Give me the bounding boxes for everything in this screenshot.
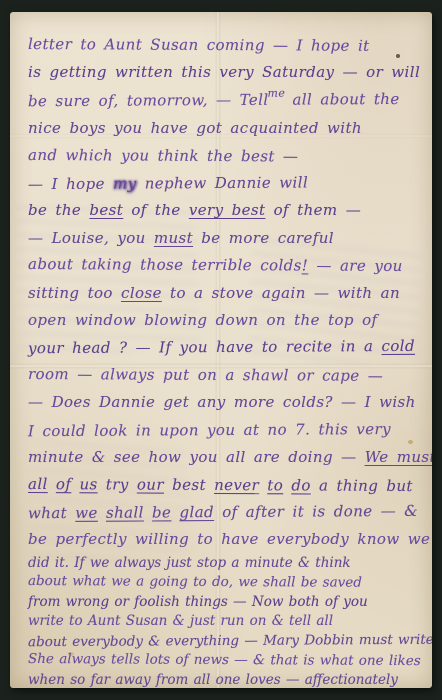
underlined-word: shall (106, 503, 144, 521)
letter-line: — Does Dannie get any more colds? — I wi… (28, 389, 420, 416)
underlined-word: do (291, 476, 311, 494)
underlined-word: us (79, 475, 97, 493)
underlined-word: close (121, 284, 162, 302)
letter-line: room — always put on a shawl or cape — (28, 361, 420, 390)
underlined-word: must (154, 229, 193, 247)
letter-body: letter to Aunt Susan coming — I hope iti… (28, 32, 420, 688)
letter-line: from wrong or foolish things — Now both … (28, 593, 420, 613)
letter-line: be the best of the very best of them — (28, 197, 420, 224)
underlined-word: cold (381, 337, 415, 355)
letter-photo: letter to Aunt Susan coming — I hope iti… (0, 0, 442, 700)
inserted-word: me (267, 86, 285, 99)
ink-blot-word: my (113, 175, 137, 193)
letter-line: be perfectly willing to have everybody k… (28, 526, 420, 553)
letter-line: — I hope my nephew Dannie will (28, 169, 420, 199)
letter-line: your head ? — If you have to recite in a… (28, 333, 420, 363)
letter-paper: letter to Aunt Susan coming — I hope iti… (10, 12, 432, 688)
letter-line: minute & see how you all are doing — We … (28, 444, 420, 471)
letter-line: She always tells lots of news — & that i… (28, 650, 420, 672)
letter-line: I could look in upon you at no 7. this v… (28, 415, 420, 445)
letter-line: — Louise, you must be more careful (28, 225, 420, 252)
underlined-word: We must (365, 448, 432, 466)
letter-line: write to Aunt Susan & just run on & tell… (28, 612, 420, 632)
underlined-word: to (267, 476, 283, 494)
underlined-word: all (28, 474, 48, 492)
underlined-word: we (75, 504, 98, 522)
underlined-word: glad (179, 503, 214, 521)
letter-line: is getting written this very Saturday — … (28, 59, 420, 86)
letter-line: and which you think the best — (28, 142, 420, 171)
letter-line: about everybody & everything — Mary Dobb… (28, 631, 420, 653)
letter-line: letter to Aunt Susan coming — I hope it (28, 31, 420, 60)
underlined-word: very best (189, 201, 266, 219)
letter-line: when so far away from all one loves — af… (28, 671, 420, 688)
underlined-word: best (89, 201, 123, 219)
letter-line: be sure of, tomorrow, — Tellme all about… (28, 86, 420, 117)
underlined-word: ! (302, 257, 309, 275)
underlined-word: never (214, 475, 259, 493)
letter-line: sitting too close to a stove again — wit… (28, 280, 420, 307)
letter-line: did it. If we always just stop a minute … (28, 554, 420, 574)
letter-line: about what we a going to do, we shall be… (28, 572, 420, 594)
signature-line: your Aunt Susan B (10, 12, 432, 15)
letter-line: what we shall be glad of after it is don… (28, 498, 420, 528)
underlined-word: be (152, 503, 171, 521)
underlined-word: our (137, 475, 164, 493)
letter-line: nice boys you have got acquainted with (28, 115, 420, 142)
letter-line: all of us try our best never to do a thi… (28, 470, 420, 499)
underlined-word: of (56, 475, 71, 493)
letter-line: about taking those terrible colds! — are… (28, 251, 420, 280)
letter-line: open window blowing down on the top of (28, 307, 420, 334)
